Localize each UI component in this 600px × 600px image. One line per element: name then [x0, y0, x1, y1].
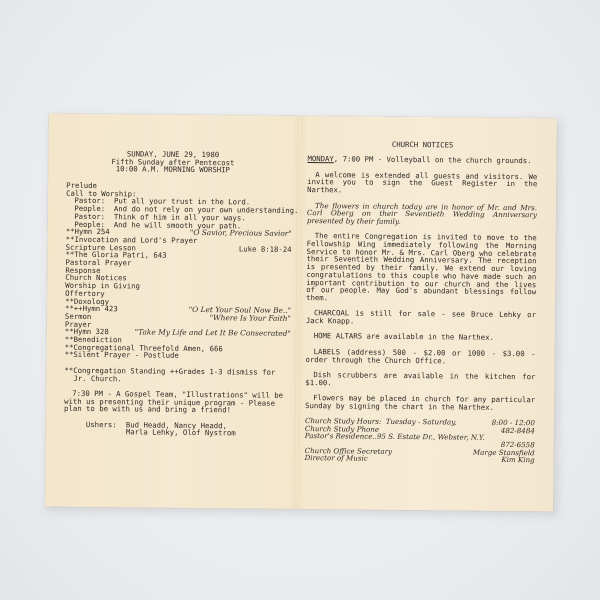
notice-flowers-chart: Flowers may be placed in church for any …	[305, 394, 535, 412]
monday-text: , 7:00 PM - Volleyball on the church gro…	[334, 155, 532, 166]
notice-labels: LABELS (address) 500 - $2.00 or 1000 - $…	[306, 348, 536, 366]
order-of-worship: PreludeCall to Worship: Pastor: Put all …	[64, 182, 292, 438]
contact-label: Pastor's Residence..95 S. Estate Dr., We…	[305, 432, 485, 441]
worship-item-detail: Luke 8:18-24	[239, 245, 292, 253]
ushers-names-2: Marla Lehky, Olof Nystrom	[126, 429, 236, 438]
notice-dish-scrubbers: Dish scrubbers are available in the kitc…	[305, 371, 535, 389]
worship-item-detail: "O Savior, Precious Savior"	[190, 229, 292, 238]
evening-notice: 7:30 PM - A Gospel Team, "Illustrations"…	[64, 390, 290, 415]
monday-label: MONDAY	[307, 154, 333, 163]
notice-home-altars: HOME ALTARS are available in the Narthex…	[306, 333, 536, 343]
service-header: SUNDAY, JUNE 29, 1980 Fifth Sunday after…	[48, 150, 297, 175]
service-time: 10:00 A.M. MORNING WORSHIP	[48, 165, 297, 175]
worship-item-label: **Silent Prayer - Postlude	[65, 351, 179, 360]
church-notices: CHURCH NOTICES MONDAY, 7:00 PM - Volleyb…	[305, 140, 538, 464]
ushers-label: Ushers:	[86, 421, 126, 437]
notice-welcome: A welcome is extended all guests and vis…	[307, 171, 537, 196]
right-page-church-notices: CHURCH NOTICES MONDAY, 7:00 PM - Volleyb…	[296, 116, 557, 511]
left-page-order-of-worship: SUNDAY, JUNE 29, 1980 Fifth Sunday after…	[45, 114, 298, 509]
notice-monday: MONDAY, 7:00 PM - Volleyball on the chur…	[307, 155, 537, 165]
standing-footnote: **Congregation Standing ++Grades 1-3 dis…	[64, 367, 290, 385]
church-bulletin: SUNDAY, JUNE 29, 1980 Fifth Sunday after…	[45, 114, 557, 512]
contact-value: 482-8484	[501, 426, 535, 434]
church-contact-info: Church Study Hours: Tuesday - Saturday,8…	[305, 417, 535, 464]
notice-reception: The entire Congregation is invited to mo…	[306, 232, 537, 304]
notices-title: CHURCH NOTICES	[308, 140, 538, 150]
notice-flowers-honor: The flowers in church today are in honor…	[307, 202, 537, 227]
ushers-list: Ushers: Bud Headd, Nancy Headd, Marla Le…	[64, 420, 290, 438]
worship-item-detail: "Where Is Your Faith"	[210, 314, 291, 322]
contact-value: Kim King	[501, 456, 534, 464]
notice-charcoal: CHARCOAL is still for sale - see Bruce L…	[306, 309, 536, 327]
worship-item-detail: "Take My Life and Let It Be Consecrated"	[135, 329, 291, 338]
contact-label: Director of Music	[305, 454, 368, 462]
